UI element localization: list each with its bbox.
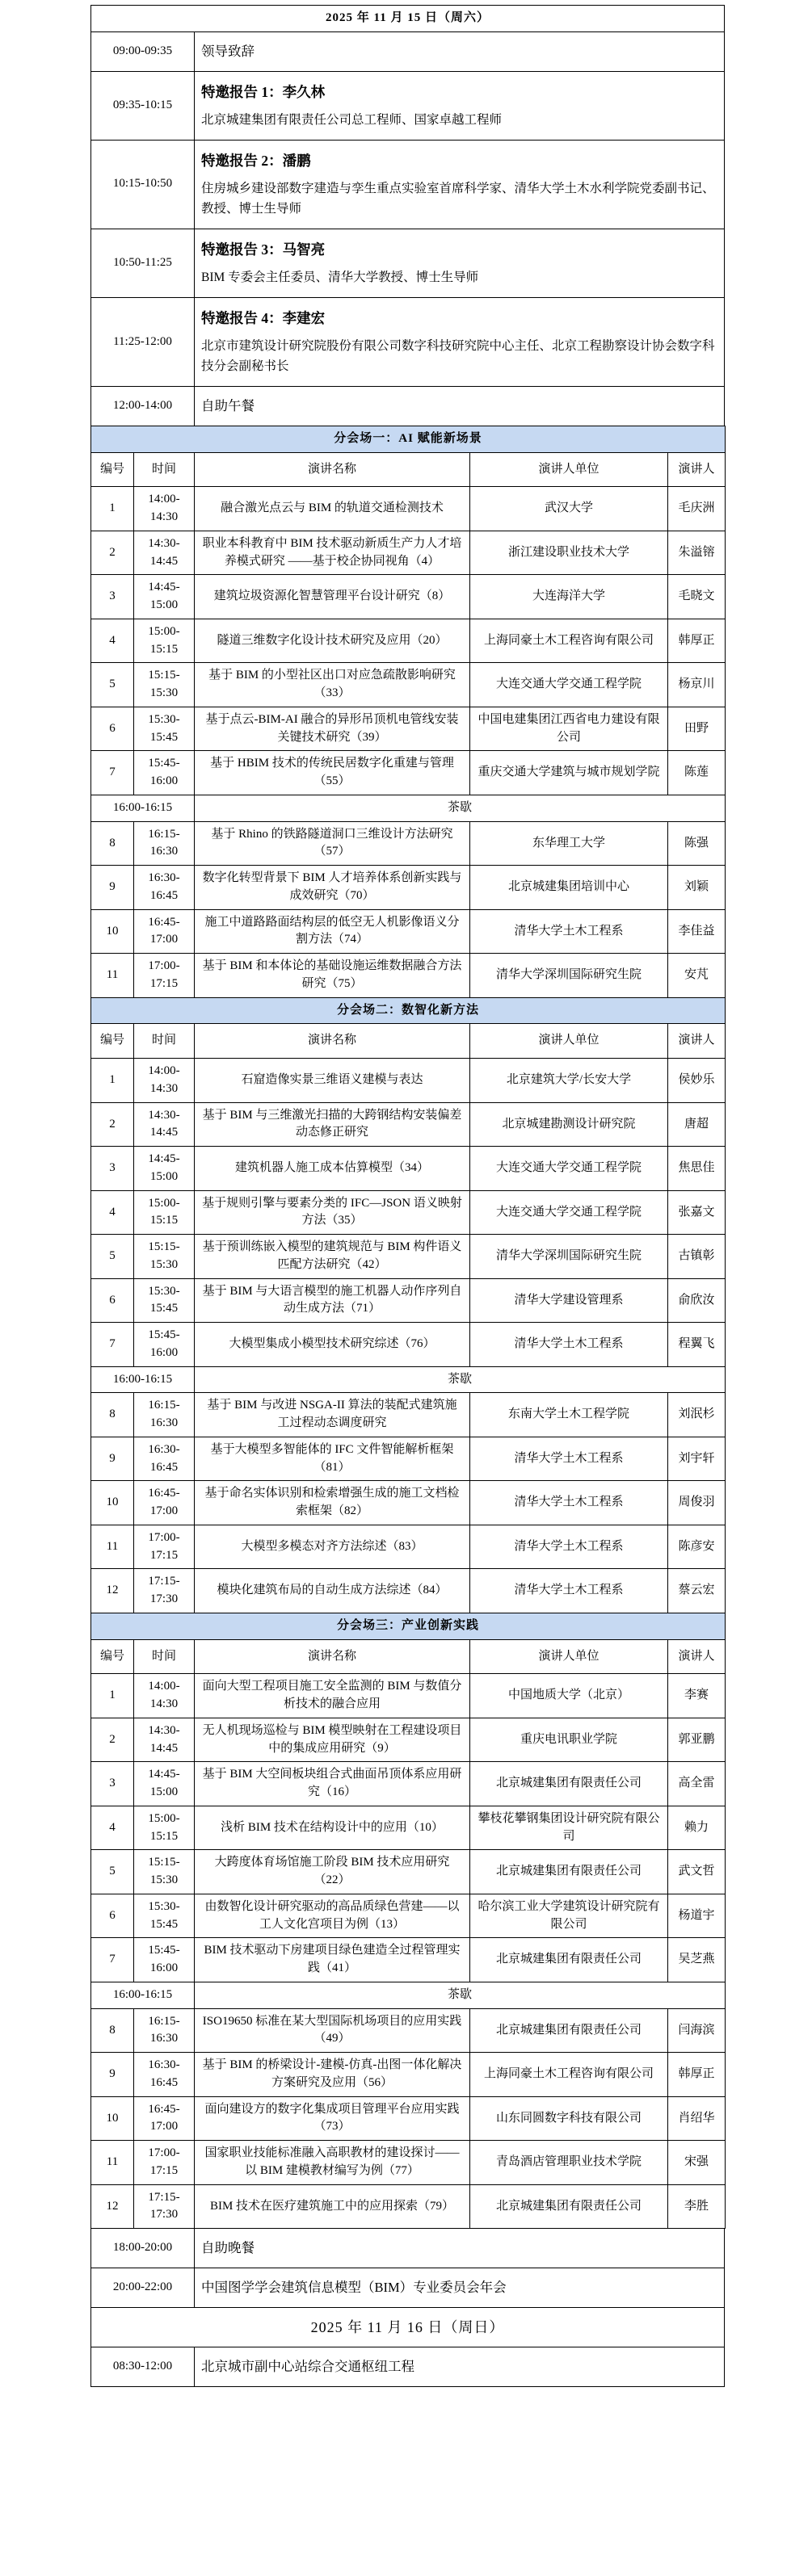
- talk-speaker: 毛庆洲: [668, 487, 726, 531]
- report-title: 特邀报告 2：潘鹏: [201, 151, 717, 171]
- report-title: 特邀报告 1：李久林: [201, 82, 717, 103]
- talk-time: 16:30-16:45: [134, 866, 195, 910]
- talk-title: 大模型多模态对齐方法综述（83）: [195, 1525, 470, 1569]
- session-2-header-row: 分会场二：数智化新方法: [91, 997, 726, 1024]
- talk-row: 12 17:15-17:30 模块化建筑布局的自动生成方法综述（84） 清华大学…: [91, 1569, 726, 1613]
- talk-org: 中国地质大学（北京）: [470, 1674, 668, 1718]
- talk-time: 16:30-16:45: [134, 2053, 195, 2097]
- plenary-simple-row: 12:00-14:00 自助午餐: [91, 386, 725, 426]
- talk-org: 大连海洋大学: [470, 575, 668, 619]
- talk-org: 清华大学深圳国际研究生院: [470, 954, 668, 998]
- col-header-speaker: 演讲人: [668, 1639, 726, 1674]
- talk-row: 7 15:45-16:00 基于 HBIM 技术的传统民居数字化重建与管理（55…: [91, 751, 726, 795]
- tea-break-label: 茶歇: [195, 1982, 726, 2008]
- talk-no: 8: [91, 2008, 134, 2053]
- talk-speaker: 陈莲: [668, 751, 726, 795]
- talk-speaker: 李胜: [668, 2184, 726, 2229]
- talk-row: 8 16:15-16:30 ISO19650 标准在某大型国际机场项目的应用实践…: [91, 2008, 726, 2053]
- tea-break-time: 16:00-16:15: [91, 795, 195, 821]
- talk-org: 大连交通大学交通工程学院: [470, 1147, 668, 1191]
- talk-time: 15:30-15:45: [134, 1894, 195, 1938]
- talk-org: 清华大学土木工程系: [470, 1525, 668, 1569]
- invited-report-row: 10:15-10:50 特邀报告 2：潘鹏 住房城乡建设部数字建造与孪生重点实验…: [91, 140, 725, 229]
- session-3-rows: 1 14:00-14:30 面向大型工程项目施工安全监测的 BIM 与数值分析技…: [91, 1674, 726, 2229]
- evening-event-label: 自助晚餐: [195, 2229, 725, 2268]
- talk-org: 北京城建集团有限责任公司: [470, 2008, 668, 2053]
- talk-org: 上海同豪土木工程咨询有限公司: [470, 619, 668, 663]
- talk-time: 15:15-15:30: [134, 1235, 195, 1279]
- talk-time: 15:15-15:30: [134, 1850, 195, 1894]
- talk-speaker: 刘宇轩: [668, 1437, 726, 1481]
- talk-title: 模块化建筑布局的自动生成方法综述（84）: [195, 1569, 470, 1613]
- col-header-time: 时间: [134, 1639, 195, 1674]
- talk-no: 11: [91, 954, 134, 998]
- talk-time: 15:45-16:00: [134, 751, 195, 795]
- talk-org: 北京城建集团有限责任公司: [470, 1938, 668, 1982]
- talk-no: 7: [91, 1938, 134, 1982]
- session-2-column-headers: 编号 时间 演讲名称 演讲人单位 演讲人: [91, 1024, 726, 1059]
- talk-title: 基于 BIM 与大语言模型的施工机器人动作序列自动生成方法（71）: [195, 1278, 470, 1323]
- talk-no: 2: [91, 1718, 134, 1762]
- talk-org: 中国电建集团江西省电力建设有限公司: [470, 707, 668, 751]
- report-speaker-affiliation: 北京市建筑设计研究院股份有限公司数字科技研究院中心主任、北京工程勘察设计协会数字…: [201, 337, 717, 377]
- talk-time: 17:00-17:15: [134, 954, 195, 998]
- talk-row: 2 14:30-14:45 无人机现场巡检与 BIM 模型映射在工程建设项目中的…: [91, 1718, 726, 1762]
- talk-no: 3: [91, 575, 134, 619]
- talk-time: 14:45-15:00: [134, 1762, 195, 1806]
- evening-row: 18:00-20:00 自助晚餐: [91, 2229, 725, 2268]
- talk-speaker: 陈强: [668, 821, 726, 866]
- talk-row: 11 17:00-17:15 国家职业技能标准融入高职教材的建设探讨——以 BI…: [91, 2141, 726, 2185]
- talk-time: 17:00-17:15: [134, 1525, 195, 1569]
- talk-time: 15:00-15:15: [134, 619, 195, 663]
- talk-speaker: 李赛: [668, 1674, 726, 1718]
- talk-title: 基于 BIM 与三维激光扫描的大跨钢结构安装偏差动态修正研究: [195, 1102, 470, 1147]
- session-3-column-headers: 编号 时间 演讲名称 演讲人单位 演讲人: [91, 1639, 726, 1674]
- session-3-title: 分会场三：产业创新实践: [91, 1613, 726, 1639]
- session-2-table: 分会场二：数智化新方法 编号 时间 演讲名称 演讲人单位 演讲人 1 14:00…: [90, 997, 726, 1613]
- talk-row: 1 14:00-14:30 融合激光点云与 BIM 的轨道交通检测技术 武汉大学…: [91, 487, 726, 531]
- talk-speaker: 古镇彰: [668, 1235, 726, 1279]
- report-speaker-affiliation: 北京城建集团有限责任公司总工程师、国家卓越工程师: [201, 111, 717, 131]
- talk-speaker: 李佳益: [668, 909, 726, 954]
- talk-org: 青岛酒店管理职业技术学院: [470, 2141, 668, 2185]
- talk-title: 面向建设方的数字化集成项目管理平台应用实践（73）: [195, 2096, 470, 2141]
- session-2-title: 分会场二：数智化新方法: [91, 997, 726, 1024]
- report-cell: 特邀报告 2：潘鹏 住房城乡建设部数字建造与孪生重点实验室首席科学家、清华大学土…: [195, 140, 725, 229]
- talk-time: 16:45-17:00: [134, 1481, 195, 1525]
- talk-row: 3 14:45-15:00 建筑垃圾资源化智慧管理平台设计研究（8） 大连海洋大…: [91, 575, 726, 619]
- tea-break-time: 16:00-16:15: [91, 1982, 195, 2008]
- talk-speaker: 韩厚正: [668, 2053, 726, 2097]
- talk-title: 职业本科教育中 BIM 技术驱动新质生产力人才培养模式研究 ——基于校企协同视角…: [195, 531, 470, 575]
- talk-time: 14:45-15:00: [134, 575, 195, 619]
- talk-org: 浙江建设职业技术大学: [470, 531, 668, 575]
- report-cell: 特邀报告 1：李久林 北京城建集团有限责任公司总工程师、国家卓越工程师: [195, 71, 725, 140]
- col-header-title: 演讲名称: [195, 1639, 470, 1674]
- talk-no: 4: [91, 1806, 134, 1850]
- talk-no: 12: [91, 2184, 134, 2229]
- evening-event-label: 中国图学学会建筑信息模型（BIM）专业委员会年会: [195, 2268, 725, 2308]
- talk-org: 北京城建集团有限责任公司: [470, 1850, 668, 1894]
- report-time: 09:35-10:15: [91, 71, 195, 140]
- talk-title: 面向大型工程项目施工安全监测的 BIM 与数值分析技术的融合应用: [195, 1674, 470, 1718]
- talk-no: 1: [91, 1674, 134, 1718]
- talk-row: 6 15:30-15:45 由数智化设计研究驱动的高品质绿色营建——以工人文化宫…: [91, 1894, 726, 1938]
- talk-org: 武汉大学: [470, 487, 668, 531]
- plenary-rows: 09:00-09:35 领导致辞 09:35-10:15 特邀报告 1：李久林 …: [91, 31, 725, 426]
- talk-title: 基于 BIM 与改进 NSGA-II 算法的装配式建筑施工过程动态调度研究: [195, 1393, 470, 1437]
- talk-no: 2: [91, 531, 134, 575]
- evening-row: 20:00-22:00 中国图学学会建筑信息模型（BIM）专业委员会年会: [91, 2268, 725, 2308]
- talk-speaker: 杨道宇: [668, 1894, 726, 1938]
- talk-title: 建筑垃圾资源化智慧管理平台设计研究（8）: [195, 575, 470, 619]
- talk-no: 8: [91, 821, 134, 866]
- talk-row: 5 15:15-15:30 基于预训练嵌入模型的建筑规范与 BIM 构件语义匹配…: [91, 1235, 726, 1279]
- talk-time: 16:45-17:00: [134, 2096, 195, 2141]
- talk-title: 基于大模型多智能体的 IFC 文件智能解析框架（81）: [195, 1437, 470, 1481]
- tea-break-time: 16:00-16:15: [91, 1366, 195, 1393]
- talk-org: 清华大学土木工程系: [470, 1569, 668, 1613]
- talk-title: 基于点云-BIM-AI 融合的异形吊顶机电管线安装关键技术研究（39）: [195, 707, 470, 751]
- talk-org: 北京城建勘测设计研究院: [470, 1102, 668, 1147]
- talk-no: 6: [91, 707, 134, 751]
- talk-title: 融合激光点云与 BIM 的轨道交通检测技术: [195, 487, 470, 531]
- talk-time: 15:00-15:15: [134, 1806, 195, 1850]
- talk-row: 2 14:30-14:45 职业本科教育中 BIM 技术驱动新质生产力人才培养模…: [91, 531, 726, 575]
- day1-date-row: 2025 年 11 月 15 日（周六）: [91, 6, 725, 32]
- evening-time: 20:00-22:00: [91, 2268, 195, 2308]
- report-cell: 特邀报告 4：李建宏 北京市建筑设计研究院股份有限公司数字科技研究院中心主任、北…: [195, 297, 725, 386]
- talk-title: 基于 BIM 和本体论的基础设施运维数据融合方法研究（75）: [195, 954, 470, 998]
- talk-row: 8 16:15-16:30 基于 BIM 与改进 NSGA-II 算法的装配式建…: [91, 1393, 726, 1437]
- talk-time: 15:15-15:30: [134, 663, 195, 707]
- talk-no: 4: [91, 1190, 134, 1235]
- talk-speaker: 陈彦安: [668, 1525, 726, 1569]
- talk-time: 17:00-17:15: [134, 2141, 195, 2185]
- talk-row: 10 16:45-17:00 施工中道路路面结构层的低空无人机影像语义分割方法（…: [91, 909, 726, 954]
- talk-org: 东南大学土木工程学院: [470, 1393, 668, 1437]
- talk-time: 15:30-15:45: [134, 1278, 195, 1323]
- talk-speaker: 张嘉文: [668, 1190, 726, 1235]
- talk-title: 建筑机器人施工成本估算模型（34）: [195, 1147, 470, 1191]
- day2-time: 08:30-12:00: [91, 2347, 195, 2387]
- talk-speaker: 赖力: [668, 1806, 726, 1850]
- talk-no: 10: [91, 1481, 134, 1525]
- evening-time: 18:00-20:00: [91, 2229, 195, 2268]
- day2-event-row: 08:30-12:00 北京城市副中心站综合交通枢纽工程: [91, 2347, 725, 2387]
- plenary-time: 12:00-14:00: [91, 386, 195, 426]
- talk-row: 4 15:00-15:15 基于规则引擎与要素分类的 IFC—JSON 语义映射…: [91, 1190, 726, 1235]
- talk-no: 7: [91, 1323, 134, 1367]
- talk-title: 石窟造像实景三维语义建模与表达: [195, 1059, 470, 1103]
- talk-row: 8 16:15-16:30 基于 Rhino 的铁路隧道洞口三维设计方法研究（5…: [91, 821, 726, 866]
- col-header-org: 演讲人单位: [470, 1024, 668, 1059]
- col-header-title: 演讲名称: [195, 452, 470, 487]
- talk-speaker: 焦思佳: [668, 1147, 726, 1191]
- talk-row: 6 15:30-15:45 基于点云-BIM-AI 融合的异形吊顶机电管线安装关…: [91, 707, 726, 751]
- talk-time: 14:45-15:00: [134, 1147, 195, 1191]
- col-header-speaker: 演讲人: [668, 1024, 726, 1059]
- talk-org: 清华大学土木工程系: [470, 1481, 668, 1525]
- talk-speaker: 韩厚正: [668, 619, 726, 663]
- tea-break-label: 茶歇: [195, 795, 726, 821]
- talk-speaker: 侯妙乐: [668, 1059, 726, 1103]
- talk-no: 5: [91, 1850, 134, 1894]
- talk-no: 1: [91, 487, 134, 531]
- talk-no: 1: [91, 1059, 134, 1103]
- talk-row: 1 14:00-14:30 面向大型工程项目施工安全监测的 BIM 与数值分析技…: [91, 1674, 726, 1718]
- talk-title: ISO19650 标准在某大型国际机场项目的应用实践（49）: [195, 2008, 470, 2053]
- talk-title: 基于 HBIM 技术的传统民居数字化重建与管理（55）: [195, 751, 470, 795]
- report-speaker-affiliation: 住房城乡建设部数字建造与孪生重点实验室首席科学家、清华大学土木水利学院党委副书记…: [201, 179, 717, 220]
- evening-rows: 18:00-20:00 自助晚餐 20:00-22:00 中国图学学会建筑信息模…: [91, 2229, 725, 2308]
- talk-title: 基于规则引擎与要素分类的 IFC—JSON 语义映射方法（35）: [195, 1190, 470, 1235]
- talk-title: 基于 Rhino 的铁路隧道洞口三维设计方法研究（57）: [195, 821, 470, 866]
- talk-title: 无人机现场巡检与 BIM 模型映射在工程建设项目中的集成应用研究（9）: [195, 1718, 470, 1762]
- talk-org: 清华大学土木工程系: [470, 1437, 668, 1481]
- talk-org: 清华大学土木工程系: [470, 1323, 668, 1367]
- talk-no: 7: [91, 751, 134, 795]
- talk-org: 清华大学建设管理系: [470, 1278, 668, 1323]
- tea-break-row: 16:00-16:15 茶歇: [91, 795, 726, 821]
- talk-row: 12 17:15-17:30 BIM 技术在医疗建筑施工中的应用探索（79） 北…: [91, 2184, 726, 2229]
- plenary-event-label: 领导致辞: [195, 31, 725, 71]
- col-header-speaker: 演讲人: [668, 452, 726, 487]
- col-header-title: 演讲名称: [195, 1024, 470, 1059]
- talk-title: 隧道三维数字化设计技术研究及应用（20）: [195, 619, 470, 663]
- report-time: 10:15-10:50: [91, 140, 195, 229]
- col-header-org: 演讲人单位: [470, 452, 668, 487]
- col-header-no: 编号: [91, 452, 134, 487]
- tea-break-label: 茶歇: [195, 1366, 726, 1393]
- col-header-time: 时间: [134, 452, 195, 487]
- talk-title: 国家职业技能标准融入高职教材的建设探讨——以 BIM 建模教材编写为例（77）: [195, 2141, 470, 2185]
- talk-time: 16:15-16:30: [134, 821, 195, 866]
- talk-time: 14:30-14:45: [134, 1102, 195, 1147]
- session-3-header-row: 分会场三：产业创新实践: [91, 1613, 726, 1639]
- talk-row: 4 15:00-15:15 浅析 BIM 技术在结构设计中的应用（10） 攀枝花…: [91, 1806, 726, 1850]
- talk-no: 6: [91, 1894, 134, 1938]
- invited-report-row: 09:35-10:15 特邀报告 1：李久林 北京城建集团有限责任公司总工程师、…: [91, 71, 725, 140]
- session-1-column-headers: 编号 时间 演讲名称 演讲人单位 演讲人: [91, 452, 726, 487]
- talk-title: 基于 BIM 的小型社区出口对应急疏散影响研究（33）: [195, 663, 470, 707]
- talk-speaker: 闫海滨: [668, 2008, 726, 2053]
- day2-rows: 08:30-12:00 北京城市副中心站综合交通枢纽工程: [91, 2347, 725, 2387]
- talk-no: 11: [91, 1525, 134, 1569]
- talk-title: 由数智化设计研究驱动的高品质绿色营建——以工人文化宫项目为例（13）: [195, 1894, 470, 1938]
- talk-row: 6 15:30-15:45 基于 BIM 与大语言模型的施工机器人动作序列自动生…: [91, 1278, 726, 1323]
- report-title: 特邀报告 4：李建宏: [201, 308, 717, 329]
- report-speaker-affiliation: BIM 专委会主任委员、清华大学教授、博士生导师: [201, 268, 717, 288]
- talk-speaker: 朱溢镕: [668, 531, 726, 575]
- talk-org: 清华大学深圳国际研究生院: [470, 1235, 668, 1279]
- talk-row: 2 14:30-14:45 基于 BIM 与三维激光扫描的大跨钢结构安装偏差动态…: [91, 1102, 726, 1147]
- invited-report-row: 10:50-11:25 特邀报告 3：马智亮 BIM 专委会主任委员、清华大学教…: [91, 229, 725, 297]
- talk-no: 4: [91, 619, 134, 663]
- talk-row: 11 17:00-17:15 基于 BIM 和本体论的基础设施运维数据融合方法研…: [91, 954, 726, 998]
- session-1-header-row: 分会场一：AI 赋能新场景: [91, 426, 726, 452]
- talk-time: 14:00-14:30: [134, 1674, 195, 1718]
- plenary-event-label: 自助午餐: [195, 386, 725, 426]
- talk-speaker: 唐超: [668, 1102, 726, 1147]
- conference-schedule-document: 2025 年 11 月 15 日（周六） 09:00-09:35 领导致辞 09…: [0, 0, 812, 2576]
- talk-title: 数字化转型背景下 BIM 人才培养体系创新实践与成效研究（70）: [195, 866, 470, 910]
- talk-org: 上海同豪土木工程咨询有限公司: [470, 2053, 668, 2097]
- talk-title: BIM 技术驱动下房建项目绿色建造全过程管理实践（41）: [195, 1938, 470, 1982]
- day2-date-row: 2025 年 11 月 16 日（周日）: [91, 2307, 725, 2347]
- session-1-rows: 1 14:00-14:30 融合激光点云与 BIM 的轨道交通检测技术 武汉大学…: [91, 487, 726, 997]
- talk-no: 2: [91, 1102, 134, 1147]
- col-header-time: 时间: [134, 1024, 195, 1059]
- col-header-no: 编号: [91, 1024, 134, 1059]
- talk-no: 11: [91, 2141, 134, 2185]
- talk-speaker: 武文哲: [668, 1850, 726, 1894]
- talk-row: 9 16:30-16:45 数字化转型背景下 BIM 人才培养体系创新实践与成效…: [91, 866, 726, 910]
- talk-no: 9: [91, 2053, 134, 2097]
- report-time: 11:25-12:00: [91, 297, 195, 386]
- talk-title: BIM 技术在医疗建筑施工中的应用探索（79）: [195, 2184, 470, 2229]
- talk-no: 10: [91, 909, 134, 954]
- col-header-org: 演讲人单位: [470, 1639, 668, 1674]
- talk-speaker: 安芃: [668, 954, 726, 998]
- talk-row: 10 16:45-17:00 基于命名实体识别和检索增强生成的施工文档检索框架（…: [91, 1481, 726, 1525]
- session-1-table: 分会场一：AI 赋能新场景 编号 时间 演讲名称 演讲人单位 演讲人 1 14:…: [90, 426, 726, 998]
- talk-time: 17:15-17:30: [134, 1569, 195, 1613]
- talk-org: 重庆电讯职业学院: [470, 1718, 668, 1762]
- tea-break-row: 16:00-16:15 茶歇: [91, 1982, 726, 2008]
- talk-org: 攀枝花攀钢集团设计研究院有限公司: [470, 1806, 668, 1850]
- talk-row: 7 15:45-16:00 BIM 技术驱动下房建项目绿色建造全过程管理实践（4…: [91, 1938, 726, 1982]
- evening-and-day2-table: 18:00-20:00 自助晚餐 20:00-22:00 中国图学学会建筑信息模…: [90, 2228, 725, 2387]
- talk-no: 8: [91, 1393, 134, 1437]
- talk-row: 10 16:45-17:00 面向建设方的数字化集成项目管理平台应用实践（73）…: [91, 2096, 726, 2141]
- talk-org: 山东同圆数字科技有限公司: [470, 2096, 668, 2141]
- talk-time: 15:45-16:00: [134, 1938, 195, 1982]
- talk-row: 7 15:45-16:00 大模型集成小模型技术研究综述（76） 清华大学土木工…: [91, 1323, 726, 1367]
- talk-row: 11 17:00-17:15 大模型多模态对齐方法综述（83） 清华大学土木工程…: [91, 1525, 726, 1569]
- talk-speaker: 杨京川: [668, 663, 726, 707]
- talk-speaker: 周俊羽: [668, 1481, 726, 1525]
- tea-break-row: 16:00-16:15 茶歇: [91, 1366, 726, 1393]
- talk-row: 5 15:15-15:30 基于 BIM 的小型社区出口对应急疏散影响研究（33…: [91, 663, 726, 707]
- talk-speaker: 程翼飞: [668, 1323, 726, 1367]
- talk-row: 3 14:45-15:00 建筑机器人施工成本估算模型（34） 大连交通大学交通…: [91, 1147, 726, 1191]
- talk-time: 16:45-17:00: [134, 909, 195, 954]
- talk-title: 大模型集成小模型技术研究综述（76）: [195, 1323, 470, 1367]
- talk-org: 清华大学土木工程系: [470, 909, 668, 954]
- talk-speaker: 肖绍华: [668, 2096, 726, 2141]
- talk-time: 16:30-16:45: [134, 1437, 195, 1481]
- talk-no: 3: [91, 1147, 134, 1191]
- talk-title: 基于命名实体识别和检索增强生成的施工文档检索框架（82）: [195, 1481, 470, 1525]
- talk-no: 6: [91, 1278, 134, 1323]
- plenary-table: 2025 年 11 月 15 日（周六） 09:00-09:35 领导致辞 09…: [90, 5, 725, 426]
- talk-time: 17:15-17:30: [134, 2184, 195, 2229]
- talk-org: 北京城建集团有限责任公司: [470, 1762, 668, 1806]
- talk-no: 10: [91, 2096, 134, 2141]
- session-1-title: 分会场一：AI 赋能新场景: [91, 426, 726, 452]
- talk-time: 15:00-15:15: [134, 1190, 195, 1235]
- day2-date-header: 2025 年 11 月 16 日（周日）: [91, 2307, 725, 2347]
- talk-speaker: 高全雷: [668, 1762, 726, 1806]
- talk-speaker: 田野: [668, 707, 726, 751]
- talk-speaker: 俞欣汝: [668, 1278, 726, 1323]
- talk-row: 9 16:30-16:45 基于 BIM 的桥梁设计-建模-仿真-出图一体化解决…: [91, 2053, 726, 2097]
- invited-report-row: 11:25-12:00 特邀报告 4：李建宏 北京市建筑设计研究院股份有限公司数…: [91, 297, 725, 386]
- talk-time: 16:15-16:30: [134, 2008, 195, 2053]
- talk-org: 北京城建集团培训中心: [470, 866, 668, 910]
- report-cell: 特邀报告 3：马智亮 BIM 专委会主任委员、清华大学教授、博士生导师: [195, 229, 725, 297]
- session-3-table: 分会场三：产业创新实践 编号 时间 演讲名称 演讲人单位 演讲人 1 14:00…: [90, 1613, 726, 2229]
- talk-row: 5 15:15-15:30 大跨度体育场馆施工阶段 BIM 技术应用研究（22）…: [91, 1850, 726, 1894]
- talk-speaker: 郭亚鹏: [668, 1718, 726, 1762]
- day2-event-label: 北京城市副中心站综合交通枢纽工程: [195, 2347, 725, 2387]
- talk-title: 浅析 BIM 技术在结构设计中的应用（10）: [195, 1806, 470, 1850]
- talk-title: 基于 BIM 大空间板块组合式曲面吊顶体系应用研究（16）: [195, 1762, 470, 1806]
- talk-title: 基于 BIM 的桥梁设计-建模-仿真-出图一体化解决方案研究及应用（56）: [195, 2053, 470, 2097]
- session-2-rows: 1 14:00-14:30 石窟造像实景三维语义建模与表达 北京建筑大学/长安大…: [91, 1059, 726, 1613]
- day1-date-header: 2025 年 11 月 15 日（周六）: [91, 6, 725, 32]
- talk-title: 大跨度体育场馆施工阶段 BIM 技术应用研究（22）: [195, 1850, 470, 1894]
- talk-org: 北京建筑大学/长安大学: [470, 1059, 668, 1103]
- talk-row: 4 15:00-15:15 隧道三维数字化设计技术研究及应用（20） 上海同豪土…: [91, 619, 726, 663]
- talk-time: 15:45-16:00: [134, 1323, 195, 1367]
- talk-row: 1 14:00-14:30 石窟造像实景三维语义建模与表达 北京建筑大学/长安大…: [91, 1059, 726, 1103]
- talk-title: 施工中道路路面结构层的低空无人机影像语义分割方法（74）: [195, 909, 470, 954]
- talk-no: 5: [91, 663, 134, 707]
- talk-time: 15:30-15:45: [134, 707, 195, 751]
- talk-time: 14:00-14:30: [134, 1059, 195, 1103]
- talk-speaker: 蔡云宏: [668, 1569, 726, 1613]
- talk-row: 9 16:30-16:45 基于大模型多智能体的 IFC 文件智能解析框架（81…: [91, 1437, 726, 1481]
- talk-time: 14:30-14:45: [134, 531, 195, 575]
- talk-speaker: 宋强: [668, 2141, 726, 2185]
- report-title: 特邀报告 3：马智亮: [201, 240, 717, 260]
- talk-org: 东华理工大学: [470, 821, 668, 866]
- talk-speaker: 刘颖: [668, 866, 726, 910]
- plenary-time: 09:00-09:35: [91, 31, 195, 71]
- talk-speaker: 刘泯杉: [668, 1393, 726, 1437]
- talk-org: 哈尔滨工业大学建筑设计研究院有限公司: [470, 1894, 668, 1938]
- talk-org: 大连交通大学交通工程学院: [470, 1190, 668, 1235]
- talk-time: 14:30-14:45: [134, 1718, 195, 1762]
- talk-speaker: 吴芝燕: [668, 1938, 726, 1982]
- talk-speaker: 毛晓文: [668, 575, 726, 619]
- talk-title: 基于预训练嵌入模型的建筑规范与 BIM 构件语义匹配方法研究（42）: [195, 1235, 470, 1279]
- talk-no: 9: [91, 1437, 134, 1481]
- talk-org: 北京城建集团有限责任公司: [470, 2184, 668, 2229]
- talk-time: 16:15-16:30: [134, 1393, 195, 1437]
- col-header-no: 编号: [91, 1639, 134, 1674]
- talk-no: 12: [91, 1569, 134, 1613]
- talk-no: 5: [91, 1235, 134, 1279]
- talk-no: 3: [91, 1762, 134, 1806]
- talk-time: 14:00-14:30: [134, 487, 195, 531]
- talk-org: 重庆交通大学建筑与城市规划学院: [470, 751, 668, 795]
- talk-org: 大连交通大学交通工程学院: [470, 663, 668, 707]
- talk-no: 9: [91, 866, 134, 910]
- plenary-simple-row: 09:00-09:35 领导致辞: [91, 31, 725, 71]
- report-time: 10:50-11:25: [91, 229, 195, 297]
- talk-row: 3 14:45-15:00 基于 BIM 大空间板块组合式曲面吊顶体系应用研究（…: [91, 1762, 726, 1806]
